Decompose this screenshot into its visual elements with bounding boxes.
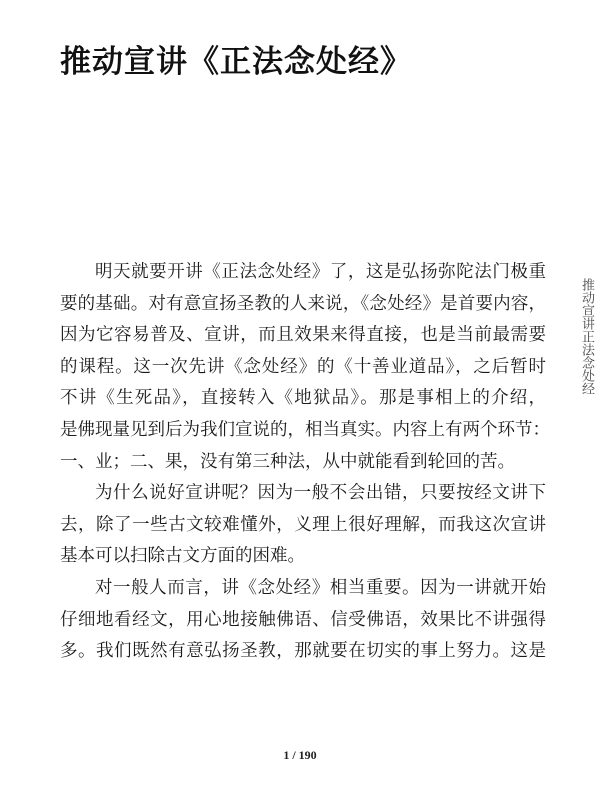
text-line: 明天就要开讲《正法念处经》了，这是弘扬弥陀法门极重 — [60, 257, 546, 289]
text-line: 为什么说好宣讲呢？因为一般不会出错，只要按经文讲下 — [60, 478, 546, 510]
text-line: 是佛现量见到后为我们宣说的，相当真实。内容上有两个环节： — [60, 415, 546, 447]
text-line: 多。我们既然有意弘扬圣教，那就要在切实的事上努力。这是 — [60, 636, 546, 668]
text-line: 要的基础。对有意宣扬圣教的人来说，《念处经》是首要内容， — [60, 289, 546, 321]
text-line: 的课程。这一次先讲《念处经》的《十善业道品》，之后暂时 — [60, 352, 546, 384]
paragraph: 为什么说好宣讲呢？因为一般不会出错，只要按经文讲下 去，除了一些古文较难懂外，义… — [60, 478, 546, 573]
running-header-vertical: 推动宣讲正法念处经 — [577, 278, 593, 395]
text-line: 不讲《生死品》，直接转入《地狱品》。那是事相上的介绍， — [60, 383, 546, 415]
text-line: 对一般人而言，讲《念处经》相当重要。因为一讲就开始 — [60, 573, 546, 605]
text-line: 因为它容易普及、宣讲，而且效果来得直接，也是当前最需要 — [60, 320, 546, 352]
paragraph: 对一般人而言，讲《念处经》相当重要。因为一讲就开始 仔细地看经文，用心地接触佛语… — [60, 573, 546, 668]
paragraph: 明天就要开讲《正法念处经》了，这是弘扬弥陀法门极重 要的基础。对有意宣扬圣教的人… — [60, 257, 546, 478]
page-title: 推动宣讲《正法念处经》 — [60, 36, 412, 81]
text-line: 基本可以扫除古文方面的困难。 — [60, 541, 546, 573]
text-line: 一、业；二、果，没有第三种法，从中就能看到轮回的苦。 — [60, 447, 546, 479]
body-text: 明天就要开讲《正法念处经》了，这是弘扬弥陀法门极重 要的基础。对有意宣扬圣教的人… — [60, 257, 546, 668]
text-line: 仔细地看经文，用心地接触佛语、信受佛语，效果比不讲强得 — [60, 605, 546, 637]
page-number: 1 / 190 — [0, 748, 600, 763]
text-line: 去，除了一些古文较难懂外，义理上很好理解，而我这次宣讲 — [60, 510, 546, 542]
